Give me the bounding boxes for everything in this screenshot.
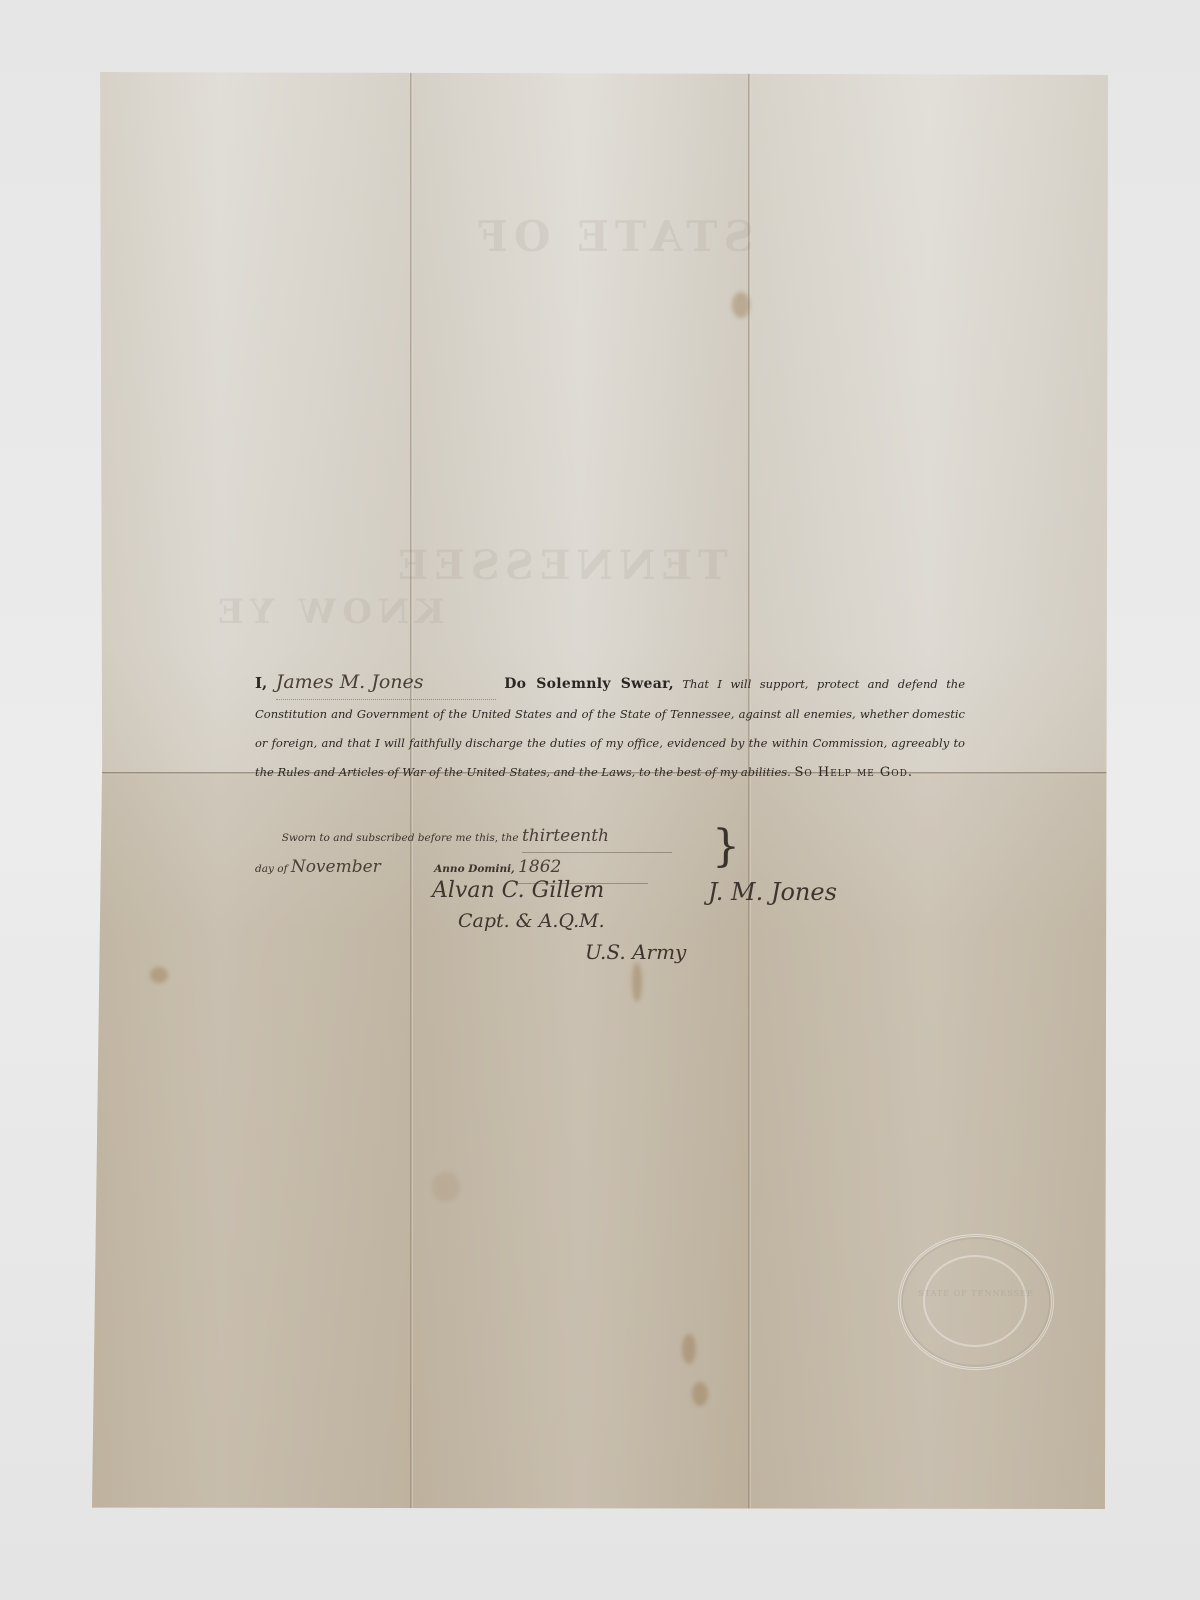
ghost-text-line1: STATE OF — [472, 212, 754, 261]
stain — [682, 1334, 696, 1364]
embossed-seal: STATE OF TENNESSEE — [898, 1234, 1054, 1370]
solemn-phrase: Do Solemnly Swear, — [504, 676, 674, 692]
oath-taker-signature: J. M. Jones — [708, 878, 837, 906]
officer-signature-title: Capt. & A.Q.M. — [458, 910, 605, 932]
jurat-day-handwritten: thirteenth — [522, 826, 609, 846]
jurat-line-1: Sworn to and subscribed before me this, … — [255, 822, 725, 853]
ghost-text-line3: KNOW YE — [212, 592, 444, 632]
jurat-block: Sworn to and subscribed before me this, … — [255, 822, 725, 884]
oath-closing: So Help me God. — [794, 765, 913, 780]
embossed-seal-inner-ring — [923, 1255, 1027, 1347]
jurat-prefix: Sworn to and subscribed before me this, … — [282, 832, 519, 844]
officer-signature-name: Alvan C. Gillem — [432, 878, 604, 903]
seal-legend: STATE OF TENNESSEE — [901, 1289, 1051, 1298]
vertical-fold-left — [410, 72, 413, 1509]
stain — [150, 967, 168, 983]
stain — [692, 1382, 708, 1406]
document-paper: STATE OF TENNESSEE KNOW YE STATE OF TENN… — [92, 72, 1108, 1509]
oath-taker-name-handwritten: James M. Jones — [276, 671, 424, 693]
stain — [732, 292, 750, 318]
officer-signature-unit: U.S. Army — [585, 940, 686, 964]
stain — [432, 1172, 460, 1202]
jurat-brace: } — [712, 822, 740, 872]
oath-lead: I, — [255, 674, 267, 692]
anno-domini-label: Anno Domini, — [434, 863, 515, 875]
oath-text-block: I, James M. Jones Do Solemnly Swear, Tha… — [255, 668, 965, 787]
vertical-fold-right — [748, 72, 751, 1509]
jurat-day-of-label: day of — [255, 863, 287, 875]
jurat-month-handwritten: November — [291, 853, 431, 881]
stain — [632, 962, 642, 1002]
jurat-year-handwritten: 1862 — [518, 857, 561, 877]
ghost-text-line2: TENNESSEE — [392, 542, 728, 589]
